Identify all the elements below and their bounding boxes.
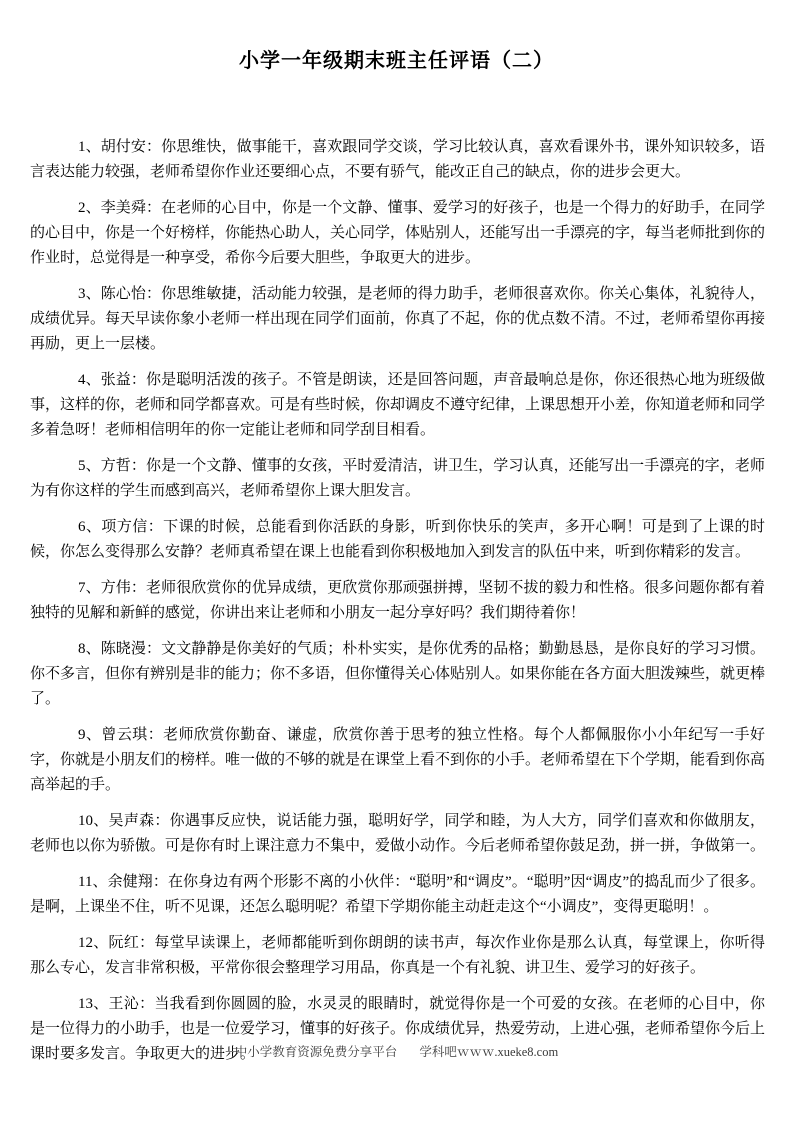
- comment-label: 8、陈晓漫：: [78, 641, 161, 657]
- comment-paragraph: 3、陈心怡：你思维敏捷，活动能力较强，是老师的得力助手，老师很喜欢你。你关心集体…: [30, 282, 765, 357]
- comment-label: 3、陈心怡：: [78, 286, 161, 302]
- comment-paragraph: 10、吴声森：你遇事反应快，说话能力强，聪明好学，同学和睦，为人大方，同学们喜欢…: [30, 809, 765, 859]
- comments-list: 1、胡付安：你思维快，做事能干，喜欢跟同学交谈，学习比较认真，喜欢看课外书，课外…: [30, 135, 765, 1067]
- comment-label: 2、李美舜：: [78, 200, 161, 216]
- comment-paragraph: 9、曾云琪：老师欣赏你勤奋、谦虚，欣赏你善于思考的独立性格。每个人都佩服你小小年…: [30, 723, 765, 798]
- footer: 中小学教育资源免费分享平台学科吧ｗｗｗ.xueke8.com: [0, 1042, 793, 1060]
- comment-paragraph: 2、李美舜：在老师的心目中，你是一个文静、懂事、爱学习的好孩子，也是一个得力的好…: [30, 196, 765, 271]
- footer-platform: 中小学教育资源免费分享平台: [235, 1045, 398, 1059]
- comment-label: 12、阮红：: [78, 935, 154, 951]
- comment-label: 1、胡付安：: [78, 139, 161, 155]
- comment-label: 5、方哲：: [78, 458, 146, 474]
- comment-label: 9、曾云琪：: [78, 727, 163, 743]
- comment-paragraph: 7、方伟：老师很欣赏你的优异成绩，更欣赏你那顽强拼搏，坚韧不拔的毅力和性格。很多…: [30, 576, 765, 626]
- comment-label: 7、方伟：: [78, 580, 146, 596]
- comment-paragraph: 4、张益：你是聪明活泼的孩子。不管是朗读，还是回答问题，声音最响总是你，你还很热…: [30, 368, 765, 443]
- footer-site: 学科吧ｗｗｗ.xueke8.com: [419, 1045, 558, 1059]
- comment-label: 10、吴声森：: [78, 813, 170, 829]
- comment-paragraph: 11、余健翔：在你身边有两个形影不离的小伙伴：“聪明”和“调皮”。“聪明”因“调…: [30, 870, 765, 920]
- comment-paragraph: 1、胡付安：你思维快，做事能干，喜欢跟同学交谈，学习比较认真，喜欢看课外书，课外…: [30, 135, 765, 185]
- comment-label: 11、余健翔：: [78, 874, 168, 890]
- comment-paragraph: 5、方哲：你是一个文静、懂事的女孩，平时爱清洁，讲卫生，学习认真，还能写出一手漂…: [30, 454, 765, 504]
- comment-label: 13、王沁：: [78, 996, 154, 1012]
- comment-paragraph: 6、项方信：下课的时候，总能看到你活跃的身影，听到你快乐的笑声，多开心啊！可是到…: [30, 515, 765, 565]
- comment-paragraph: 8、陈晓漫：文文静静是你美好的气质；朴朴实实，是你优秀的品格；勤勤恳恳，是你良好…: [30, 637, 765, 712]
- document-page: 小学一年级期末班主任评语（二） 1、胡付安：你思维快，做事能干，喜欢跟同学交谈，…: [0, 0, 793, 1122]
- comment-paragraph: 12、阮红：每堂早读课上，老师都能听到你朗朗的读书声，每次作业你是那么认真，每堂…: [30, 931, 765, 981]
- comment-label: 4、张益：: [78, 372, 146, 388]
- comment-label: 6、项方信：: [78, 519, 163, 535]
- page-title: 小学一年级期末班主任评语（二）: [0, 0, 793, 73]
